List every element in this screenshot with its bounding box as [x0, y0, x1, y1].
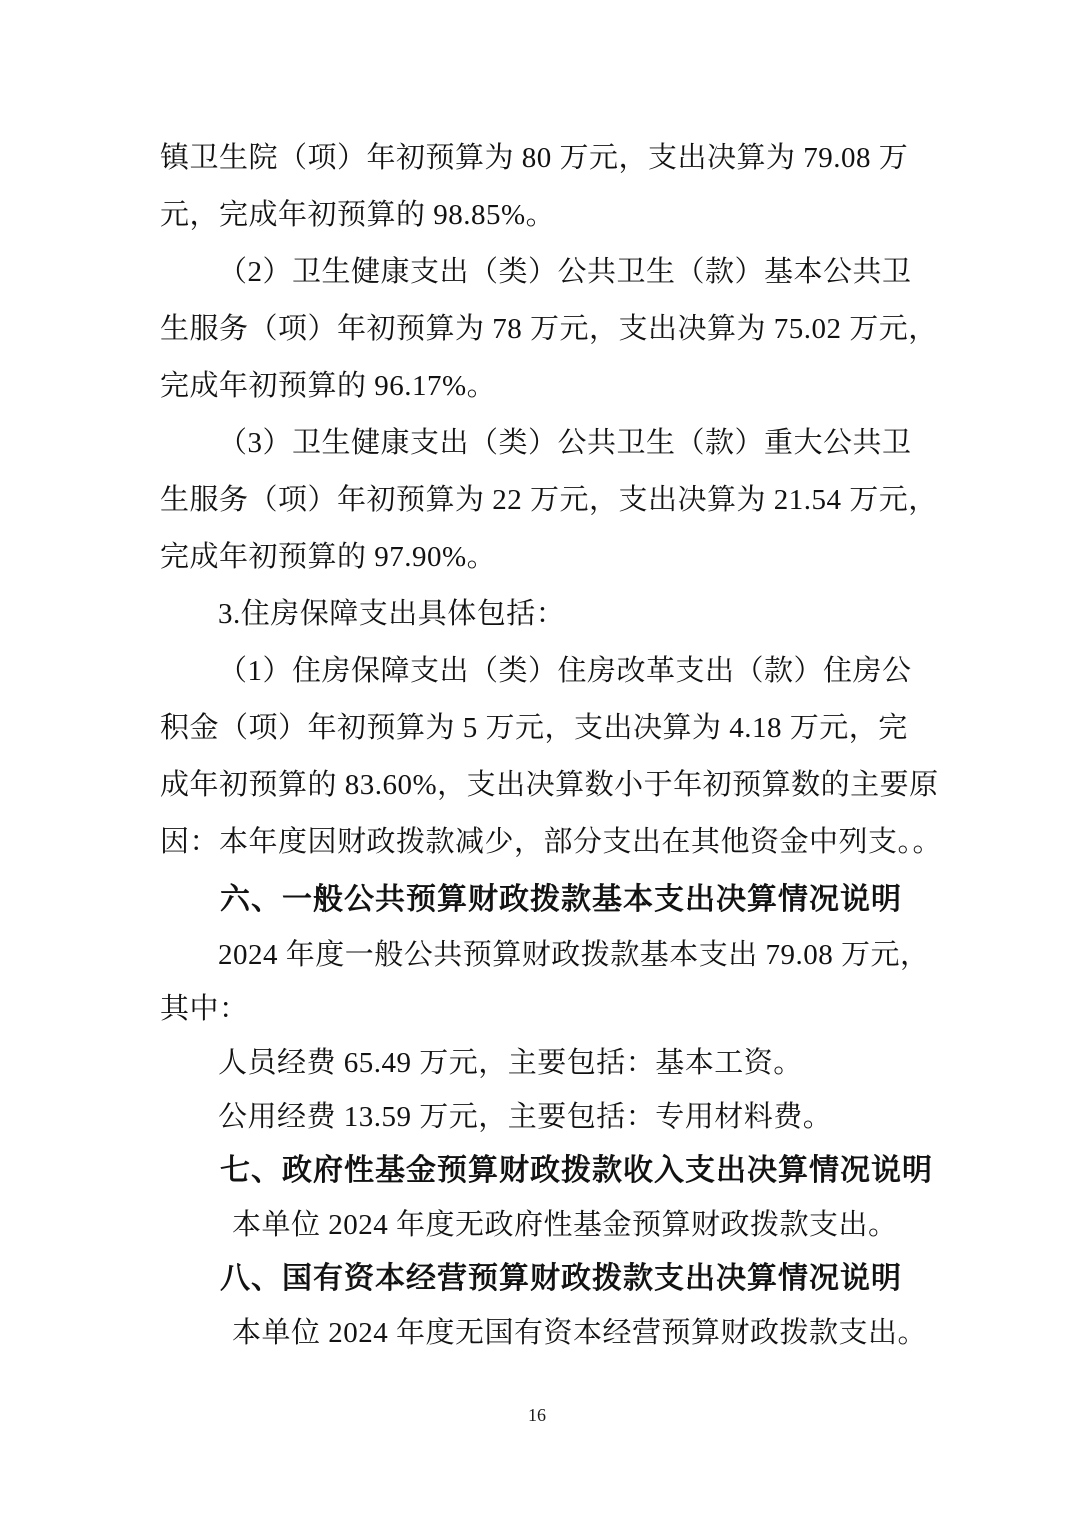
paragraph-line: 生服务（项）年初预算为 22 万元，支出决算为 21.54 万元，	[160, 472, 922, 529]
paragraph-line: 本单位 2024 年度无政府性基金预算财政拨款支出。	[160, 1198, 922, 1252]
page-number: 16	[0, 1405, 1074, 1426]
paragraph-line: （3）卫生健康支出（类）公共卫生（款）重大公共卫	[160, 415, 922, 472]
paragraph-line: 元，完成年初预算的 98.85%。	[160, 187, 922, 244]
paragraph-line: 公用经费 13.59 万元，主要包括：专用材料费。	[160, 1090, 922, 1144]
paragraph-line: 2024 年度一般公共预算财政拨款基本支出 79.08 万元，	[160, 928, 922, 982]
paragraph-line: 因：本年度因财政拨款减少，部分支出在其他资金中列支。。	[160, 814, 922, 871]
paragraph-line: 本单位 2024 年度无国有资本经营预算财政拨款支出。	[160, 1306, 922, 1360]
document-page: 镇卫生院（项）年初预算为 80 万元，支出决算为 79.08 万 元，完成年初预…	[0, 0, 1074, 1520]
paragraph-line: 生服务（项）年初预算为 78 万元，支出决算为 75.02 万元，	[160, 301, 922, 358]
paragraph-line: 积金（项）年初预算为 5 万元，支出决算为 4.18 万元，完	[160, 700, 922, 757]
paragraph-line: 完成年初预算的 96.17%。	[160, 358, 922, 415]
paragraph-line: 成年初预算的 83.60%，支出决算数小于年初预算数的主要原	[160, 757, 922, 814]
paragraph-line: 人员经费 65.49 万元，主要包括：基本工资。	[160, 1036, 922, 1090]
paragraph-line: 其中：	[160, 982, 922, 1036]
paragraph-line: （1）住房保障支出（类）住房改革支出（款）住房公	[160, 643, 922, 700]
paragraph-line: （2）卫生健康支出（类）公共卫生（款）基本公共卫	[160, 244, 922, 301]
section-heading: 八、国有资本经营预算财政拨款支出决算情况说明	[160, 1252, 922, 1306]
paragraph-line: 镇卫生院（项）年初预算为 80 万元，支出决算为 79.08 万	[160, 130, 922, 187]
paragraph-line: 3.住房保障支出具体包括：	[160, 586, 922, 643]
document-body: 镇卫生院（项）年初预算为 80 万元，支出决算为 79.08 万 元，完成年初预…	[160, 130, 922, 1360]
paragraph-line: 完成年初预算的 97.90%。	[160, 529, 922, 586]
section-heading: 六、一般公共预算财政拨款基本支出决算情况说明	[160, 871, 922, 928]
section-heading: 七、政府性基金预算财政拨款收入支出决算情况说明	[160, 1144, 922, 1198]
